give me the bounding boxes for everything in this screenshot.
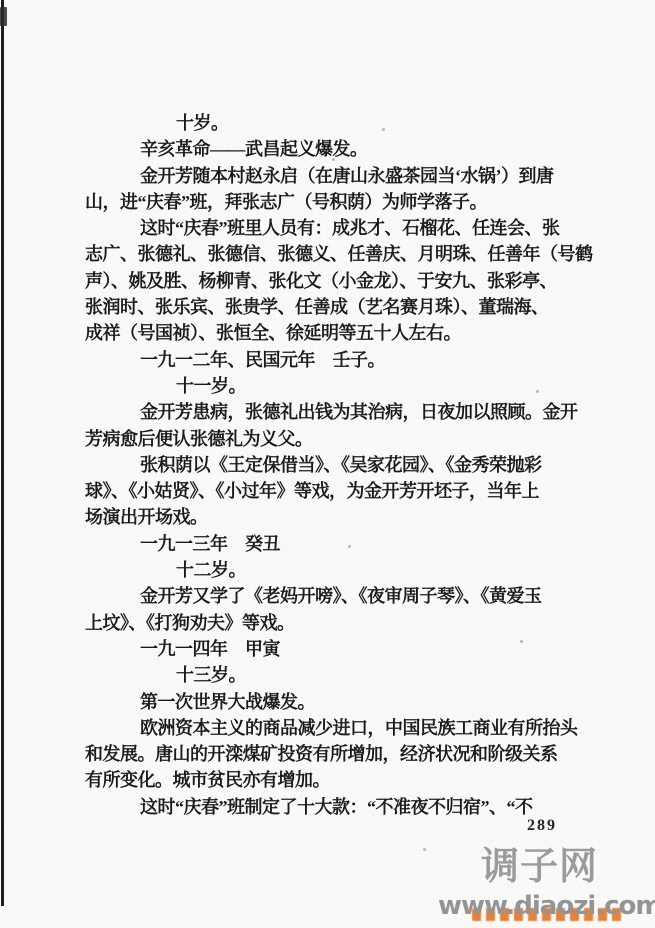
text-line: 成祥（号国祯）、张恒全、徐延明等五十人左右。: [85, 320, 577, 346]
text-line: 金开芳患病，张德礼出钱为其治病，日夜加以照顾。金开: [85, 399, 577, 425]
body-text: 十岁。 辛亥革命——武昌起义爆发。 金开芳随本村赵永启（在唐山永盛茶园当‘水锅’…: [85, 110, 577, 820]
text-line: 张润时、张乐宾、张贵学、任善成（艺名赛月珠）、董瑞海、: [85, 294, 577, 320]
text-line: 金开芳又学了《老妈开嗙》、《夜审周子琴》、《黄爱玉: [85, 583, 577, 609]
text-line: 欧洲资本主义的商品减少进口，中国民族工商业有所抬头: [85, 715, 577, 741]
text-line: 十二岁。: [85, 557, 577, 583]
text-line: 一九一二年、民国元年 壬子。: [85, 347, 577, 373]
watermark-site-name: 调子网: [481, 845, 598, 887]
text-line: 这时“庆春”班里人员有：成兆才、石榴花、任连会、张: [85, 215, 577, 241]
text-line: 有所变化。城市贫民亦有增加。: [85, 767, 577, 793]
text-line: 金开芳随本村赵永启（在唐山永盛茶园当‘水锅’）到唐: [85, 163, 577, 189]
text-line: 这时“庆春”班制定了十大款：“不准夜不归宿”、“不: [85, 794, 577, 820]
text-line: 和发展。唐山的开滦煤矿投资有所增加，经济状况和阶级关系: [85, 741, 577, 767]
text-line: 志广、张德礼、张德信、张德义、任善庆、月明珠、任善年（号鹤: [85, 241, 577, 267]
page-number: 289: [527, 817, 557, 835]
left-scan-edge-blob: [0, 7, 7, 26]
text-line: 第一次世界大战爆发。: [85, 689, 577, 715]
text-line: 场演出开场戏。: [85, 504, 577, 530]
text-line: 球》、《小姑贤》、《小过年》等戏，为金开芳开坯子，当年上: [85, 478, 577, 504]
text-line: 芳病愈后便认张德礼为义父。: [85, 426, 577, 452]
text-line: 十一岁。: [85, 373, 577, 399]
scanned-book-page: 十岁。 辛亥革命——武昌起义爆发。 金开芳随本村赵永启（在唐山永盛茶园当‘水锅’…: [0, 0, 655, 928]
left-scan-edge-line: [1, 0, 4, 906]
scan-speck: [423, 848, 426, 851]
watermark-url: www.diaozi.com: [438, 891, 655, 921]
text-line: 一九一四年 甲寅: [85, 636, 577, 662]
text-line: 辛亥革命——武昌起义爆发。: [85, 136, 577, 162]
text-line: 山，进“庆春”班，拜张志广（号积荫）为师学落子。: [85, 189, 577, 215]
text-line: 声）、姚及胜、杨柳青、张化文（小金龙）、于安九、张彩亭、: [85, 268, 577, 294]
text-line: 十岁。: [85, 110, 577, 136]
text-line: 张积荫以《王定保借当》、《吴家花园》、《金秀荣抛彩: [85, 452, 577, 478]
text-line: 十三岁。: [85, 662, 577, 688]
text-line: 上坟》、《打狗劝夫》等戏。: [85, 610, 577, 636]
text-line: 一九一三年 癸丑: [85, 531, 577, 557]
